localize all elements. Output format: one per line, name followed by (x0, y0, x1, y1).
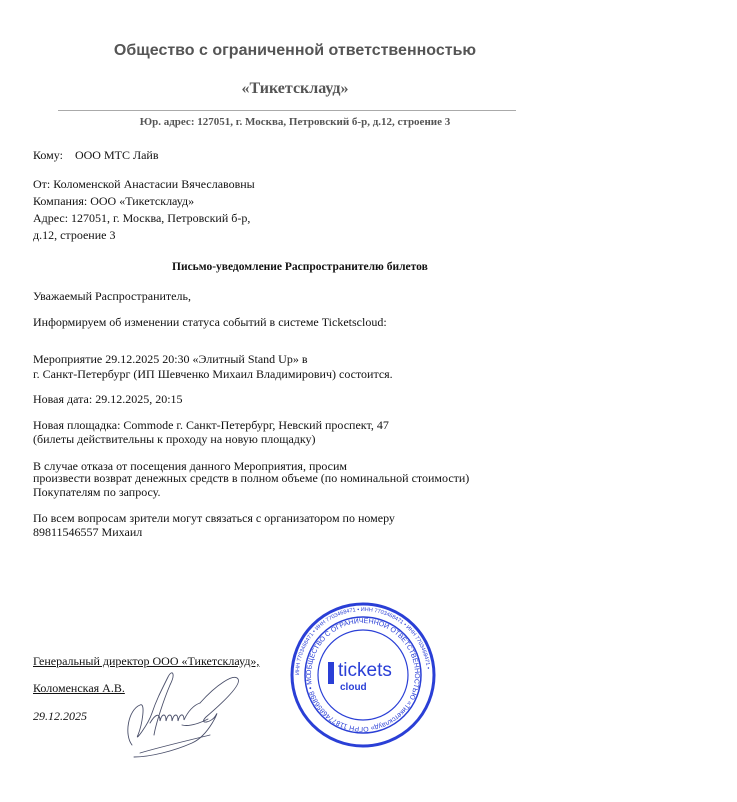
sender-address-1: Адрес: 127051, г. Москва, Петровский б-р… (33, 211, 250, 226)
new-date: Новая дата: 29.12.2025, 20:15 (33, 392, 183, 407)
sender-company: Компания: ООО «Тикетсклауд» (33, 194, 194, 209)
stamp-logo-main: tickets (338, 660, 392, 681)
letter-title: Письмо-уведомление Распространителю биле… (172, 260, 428, 275)
intro: Информируем об изменении статуса событий… (33, 315, 387, 330)
event-line-2: г. Санкт-Петербург (ИП Шевченко Михаил В… (33, 367, 393, 382)
sender-from: От: Коломенской Анастасии Вячеславовны (33, 177, 255, 192)
contact-1: По всем вопросам зрители могут связаться… (33, 511, 395, 526)
recipient-value: ООО МТС Лайв (75, 148, 159, 162)
recipient-label: Кому: (33, 148, 63, 162)
sender-address-2: д.12, строение 3 (33, 228, 115, 243)
org-form-heading: Общество с ограниченной ответственностью (0, 42, 590, 60)
stamp-logo-sub: cloud (340, 682, 367, 693)
tickets-cloud-logo-icon (328, 662, 334, 684)
header-divider (58, 110, 516, 111)
contact-2: 89811546557 Михаил (33, 525, 142, 540)
handwritten-signature (120, 665, 260, 760)
brand-heading: «Тикетсклауд» (0, 80, 590, 98)
company-stamp: ИНН 7703468471 • ИНН 7703468471 • ИНН 77… (288, 600, 438, 750)
refund-3: Покупателям по запросу. (33, 485, 160, 500)
signature-date: 29.12.2025 (33, 709, 87, 724)
greeting: Уважаемый Распространитель, (33, 289, 191, 304)
new-venue-2: (билеты действительны к проходу на новую… (33, 432, 316, 447)
legal-address: Юр. адрес: 127051, г. Москва, Петровский… (0, 116, 590, 128)
signatory-name: Коломенская А.В. (33, 681, 125, 696)
refund-2: произвести возврат денежных средств в по… (33, 471, 469, 486)
new-venue-1: Новая площадка: Commode г. Санкт-Петербу… (33, 418, 389, 433)
recipient: Кому: ООО МТС Лайв (33, 148, 159, 163)
event-line-1: Мероприятие 29.12.2025 20:30 «Элитный St… (33, 352, 308, 367)
